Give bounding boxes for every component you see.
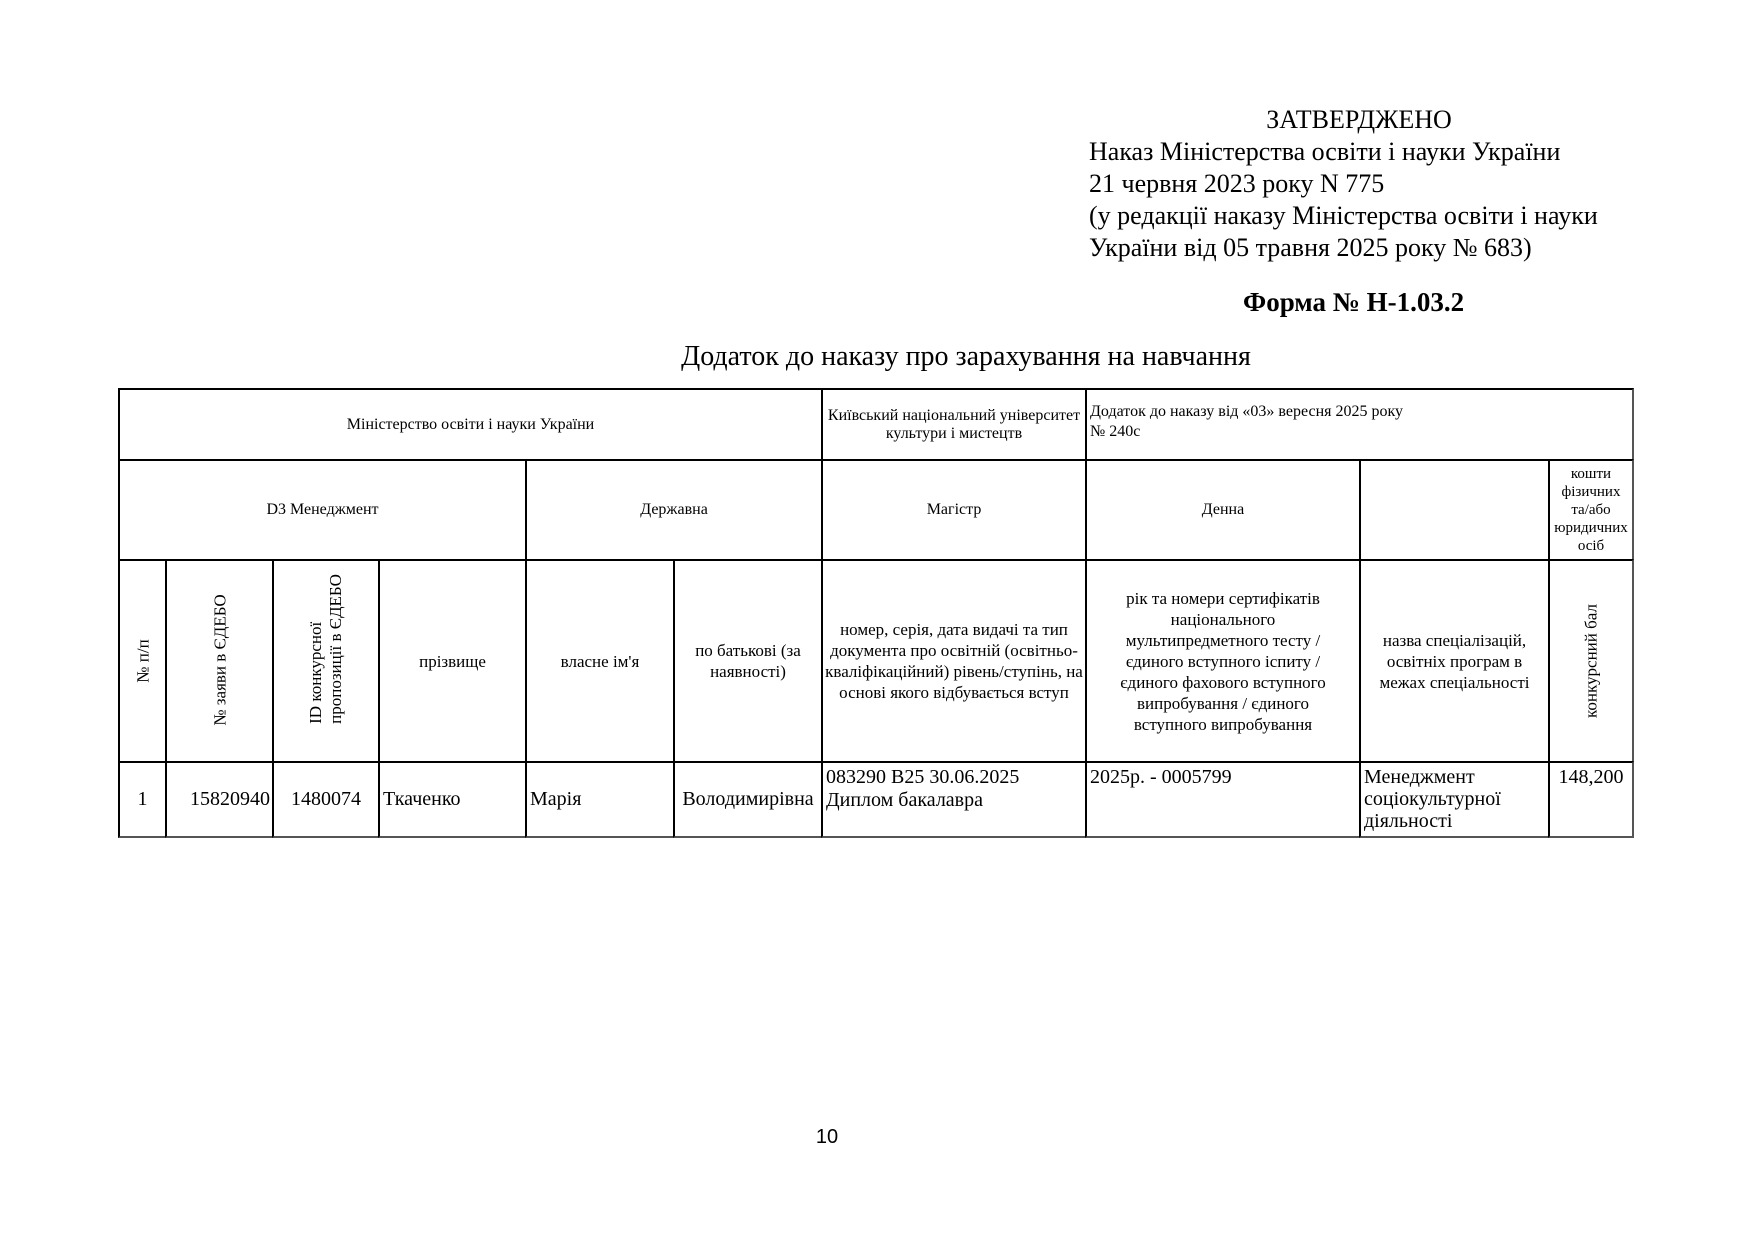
row-certificates-value: 2025р. - 0005799 bbox=[1090, 766, 1232, 789]
header-surname-label: прізвище bbox=[419, 651, 486, 672]
header-score-label: конкурсний бал bbox=[1581, 604, 1602, 718]
row-num-value: 1 bbox=[138, 788, 148, 811]
header-certificates: рік та номери сертифікатів національного… bbox=[1085, 559, 1359, 761]
header-first-name: власне ім'я bbox=[525, 559, 673, 761]
header-proposal-id-label: ID конкурсної пропозиції в ЄДЕБО bbox=[306, 574, 346, 724]
approval-line: Наказ Міністерства освіти і науки Україн… bbox=[1089, 136, 1649, 168]
ministry-cell: Міністерство освіти і науки України bbox=[118, 388, 821, 459]
header-education-doc: номер, серія, дата видачі та тип докумен… bbox=[821, 559, 1085, 761]
row-score-value: 148,200 bbox=[1559, 766, 1624, 789]
payment-source-cell: кошти фізичних та/або юридичних осіб bbox=[1548, 459, 1634, 559]
header-first-name-label: власне ім'я bbox=[561, 651, 640, 672]
table-row-first-name: Марія bbox=[525, 761, 673, 838]
degree-cell: Магістр bbox=[821, 459, 1085, 559]
row-education-doc-number: 083290 B25 30.06.2025 bbox=[826, 766, 1019, 789]
page-number: 10 bbox=[0, 1126, 1654, 1149]
empty-cell bbox=[1359, 459, 1548, 559]
header-surname: прізвище bbox=[378, 559, 525, 761]
approval-line: (у редакції наказу Міністерства освіти і… bbox=[1089, 200, 1649, 232]
order-cell: Додаток до наказу від «03» вересня 2025 … bbox=[1085, 388, 1634, 459]
order-number-label: № 240с bbox=[1090, 422, 1140, 442]
table-row-score: 148,200 bbox=[1548, 761, 1634, 838]
header-num-label: № п/п bbox=[132, 639, 153, 682]
degree-label: Магістр bbox=[927, 500, 982, 520]
form-number: Форма № Н-1.03.2 bbox=[1243, 287, 1464, 318]
header-specialization: назва спеціалізацій, освітніх програм в … bbox=[1359, 559, 1548, 761]
table-row-surname: Ткаченко bbox=[378, 761, 525, 838]
specialty-label: D3 Менеджмент bbox=[266, 500, 378, 520]
ministry-label: Міністерство освіти і науки України bbox=[347, 415, 594, 435]
header-patronymic: по батькові (за наявності) bbox=[673, 559, 821, 761]
study-form-cell: Денна bbox=[1085, 459, 1359, 559]
approval-line: 21 червня 2023 року N 775 bbox=[1089, 168, 1649, 200]
row-specialization-value: Менеджмент соціокультурної діяльності bbox=[1364, 766, 1545, 832]
approval-line: України від 05 травня 2025 року № 683) bbox=[1089, 232, 1649, 264]
document-title: Додаток до наказу про зарахування на нав… bbox=[0, 341, 1754, 373]
approval-stamp: ЗАТВЕРДЖЕНО bbox=[1089, 104, 1629, 136]
header-application-id: № заяви в ЄДЕБО bbox=[165, 559, 272, 761]
payment-source-label: кошти фізичних та/або юридичних осіб bbox=[1551, 465, 1631, 555]
table-row-education-doc: 083290 B25 30.06.2025 Диплом бакалавра bbox=[821, 761, 1085, 838]
university-cell: Київський національний університет культ… bbox=[821, 388, 1085, 459]
header-proposal-id-line1: ID конкурсної bbox=[306, 622, 326, 724]
row-patronymic-value: Володимирівна bbox=[682, 788, 813, 811]
header-certificates-label: рік та номери сертифікатів національного… bbox=[1105, 588, 1341, 735]
table-row-specialization: Менеджмент соціокультурної діяльності bbox=[1359, 761, 1548, 838]
table-row-patronymic: Володимирівна bbox=[673, 761, 821, 838]
table-row-proposal-id: 1480074 bbox=[272, 761, 378, 838]
header-education-doc-label: номер, серія, дата видачі та тип докумен… bbox=[825, 619, 1083, 703]
funding-cell: Державна bbox=[525, 459, 821, 559]
header-proposal-id: ID конкурсної пропозиції в ЄДЕБО bbox=[272, 559, 378, 761]
university-label: Київський національний університет культ… bbox=[826, 407, 1082, 443]
study-form-label: Денна bbox=[1202, 500, 1244, 520]
specialty-cell: D3 Менеджмент bbox=[118, 459, 525, 559]
row-proposal-id-value: 1480074 bbox=[291, 788, 361, 811]
header-application-id-label: № заяви в ЄДЕБО bbox=[209, 594, 230, 725]
header-score: конкурсний бал bbox=[1548, 559, 1634, 761]
table-row-certificates: 2025р. - 0005799 bbox=[1085, 761, 1359, 838]
row-first-name-value: Марія bbox=[530, 788, 581, 811]
header-specialization-label: назва спеціалізацій, освітніх програм в … bbox=[1369, 630, 1540, 693]
header-proposal-id-line2: пропозиції в ЄДЕБО bbox=[326, 574, 346, 724]
row-application-id-value: 15820940 bbox=[190, 788, 270, 811]
header-num: № п/п bbox=[118, 559, 165, 761]
header-patronymic-label: по батькові (за наявності) bbox=[678, 640, 818, 682]
table-row-application-id: 15820940 bbox=[165, 761, 272, 838]
approval-block: ЗАТВЕРДЖЕНО Наказ Міністерства освіти і … bbox=[1089, 104, 1649, 264]
funding-label: Державна bbox=[640, 500, 708, 520]
row-surname-value: Ткаченко bbox=[383, 788, 461, 811]
table-row-num: 1 bbox=[118, 761, 165, 838]
row-education-doc-type: Диплом бакалавра bbox=[826, 789, 983, 812]
order-date-label: Додаток до наказу від «03» вересня 2025 … bbox=[1090, 402, 1403, 422]
